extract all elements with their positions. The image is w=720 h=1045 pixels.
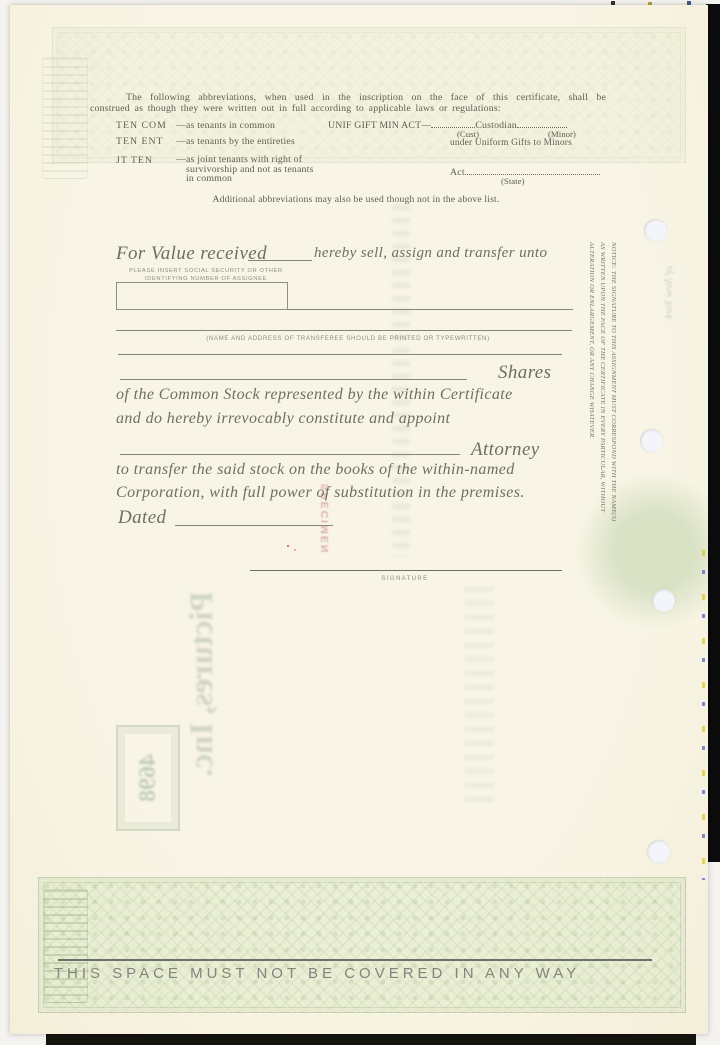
unif-gift-min-act-row: UNIF GIFT MIN ACT—Custodian xyxy=(328,120,567,131)
state-label: (State) xyxy=(501,176,524,186)
ghost-text-column xyxy=(464,587,494,805)
notice-line1: NOTICE: THE SIGNATURE TO THIS ASSIGNMENT… xyxy=(608,242,619,547)
ssn-instruction-line1: PLEASE INSERT SOCIAL SECURITY OR OTHER xyxy=(106,267,306,275)
abbr-jt-ten: JT TEN xyxy=(116,155,153,166)
act-label: Act xyxy=(450,167,465,178)
shares-script: Shares xyxy=(498,362,551,384)
ssn-extension-line xyxy=(288,302,573,310)
custodian-label: Custodian xyxy=(475,120,517,131)
dated-script: Dated xyxy=(118,507,166,529)
scan-background-bottom xyxy=(46,1034,696,1045)
assignee-fill-line xyxy=(248,253,312,261)
transferee-note: (NAME AND ADDRESS OF TRANSFEREE SHOULD B… xyxy=(148,335,548,343)
abbr-jt-ten-definition: —as joint tenants with right of survivor… xyxy=(176,155,318,184)
scan-edge-fringe xyxy=(702,550,705,880)
dotted-leader xyxy=(517,120,567,128)
punch-hole xyxy=(644,219,667,242)
appoint-script: and do hereby irrevocably constitute and… xyxy=(116,410,450,428)
abbr-ten-com-definition: —as tenants in common xyxy=(176,120,275,131)
notice-line2: AS WRITTEN UPON THE FACE OF THE CERTIFIC… xyxy=(597,242,608,547)
certificate-paper: Pictures, Inc. of New York SPECIMEN 4698… xyxy=(10,5,708,1034)
ghost-company-name: Pictures, Inc. xyxy=(184,554,228,814)
bottom-border-left-panel xyxy=(44,889,88,1003)
shares-fill-line xyxy=(120,372,467,380)
attorney-script: Attorney xyxy=(471,439,540,461)
under-uniform-gifts-label: under Uniform Gifts to Minors xyxy=(450,138,572,149)
punch-hole xyxy=(640,429,663,452)
scan-noise-specks xyxy=(0,0,2,2)
ghost-transfer-agent-text: of New York xyxy=(663,250,679,336)
additional-abbreviations-note: Additional abbreviations may also be use… xyxy=(100,194,612,205)
dotted-leader xyxy=(431,120,475,128)
act-row: Act xyxy=(450,167,600,178)
top-border-left-panel xyxy=(42,57,88,179)
ghost-serial-number-box xyxy=(116,725,180,831)
scanned-certificate-back: Pictures, Inc. of New York SPECIMEN 4698… xyxy=(0,0,720,1045)
bottom-border-band xyxy=(38,877,686,1013)
common-stock-script: of the Common Stock represented by the w… xyxy=(116,386,513,404)
signature-line xyxy=(250,563,562,571)
unif-gift-min-act-label: UNIF GIFT MIN ACT— xyxy=(328,120,431,131)
abbreviations-intro-line1: The following abbreviations, when used i… xyxy=(90,92,606,103)
footer-rule xyxy=(58,959,652,961)
dated-fill-line xyxy=(175,518,333,526)
for-value-received-script: For Value received xyxy=(116,243,267,265)
attorney-fill-line xyxy=(120,447,460,455)
hereby-sell-script: hereby sell, assign and transfer unto xyxy=(314,245,547,262)
corporation-script: Corporation, with full power of substitu… xyxy=(116,484,525,502)
punch-hole xyxy=(647,840,670,863)
transferee-name-line xyxy=(116,323,572,331)
signature-notice-rotated: NOTICE: THE SIGNATURE TO THIS ASSIGNMENT… xyxy=(586,242,619,547)
footer-warning: THIS SPACE MUST NOT BE COVERED IN ANY WA… xyxy=(32,965,602,982)
abbr-ten-ent-definition: —as tenants by the entireties xyxy=(176,136,295,147)
ssn-entry-box xyxy=(116,282,288,310)
dotted-leader xyxy=(465,167,600,175)
abbr-ten-com: TEN COM xyxy=(116,120,167,131)
punch-hole xyxy=(652,589,675,612)
transfer-script: to transfer the said stock on the books … xyxy=(116,461,515,479)
abbr-ten-ent: TEN ENT xyxy=(116,136,164,147)
scan-background-right xyxy=(706,4,720,862)
notice-line3: ALTERATION OR ENLARGEMENT, OR ANY CHANGE… xyxy=(586,242,597,547)
ghost-serial-number: 4698 xyxy=(107,742,189,814)
abbreviations-intro-line2: construed as though they were written ou… xyxy=(90,103,606,114)
transferee-address-line xyxy=(118,347,562,355)
signature-label: SIGNATURE xyxy=(305,575,505,583)
ghost-red-specks xyxy=(287,545,289,547)
